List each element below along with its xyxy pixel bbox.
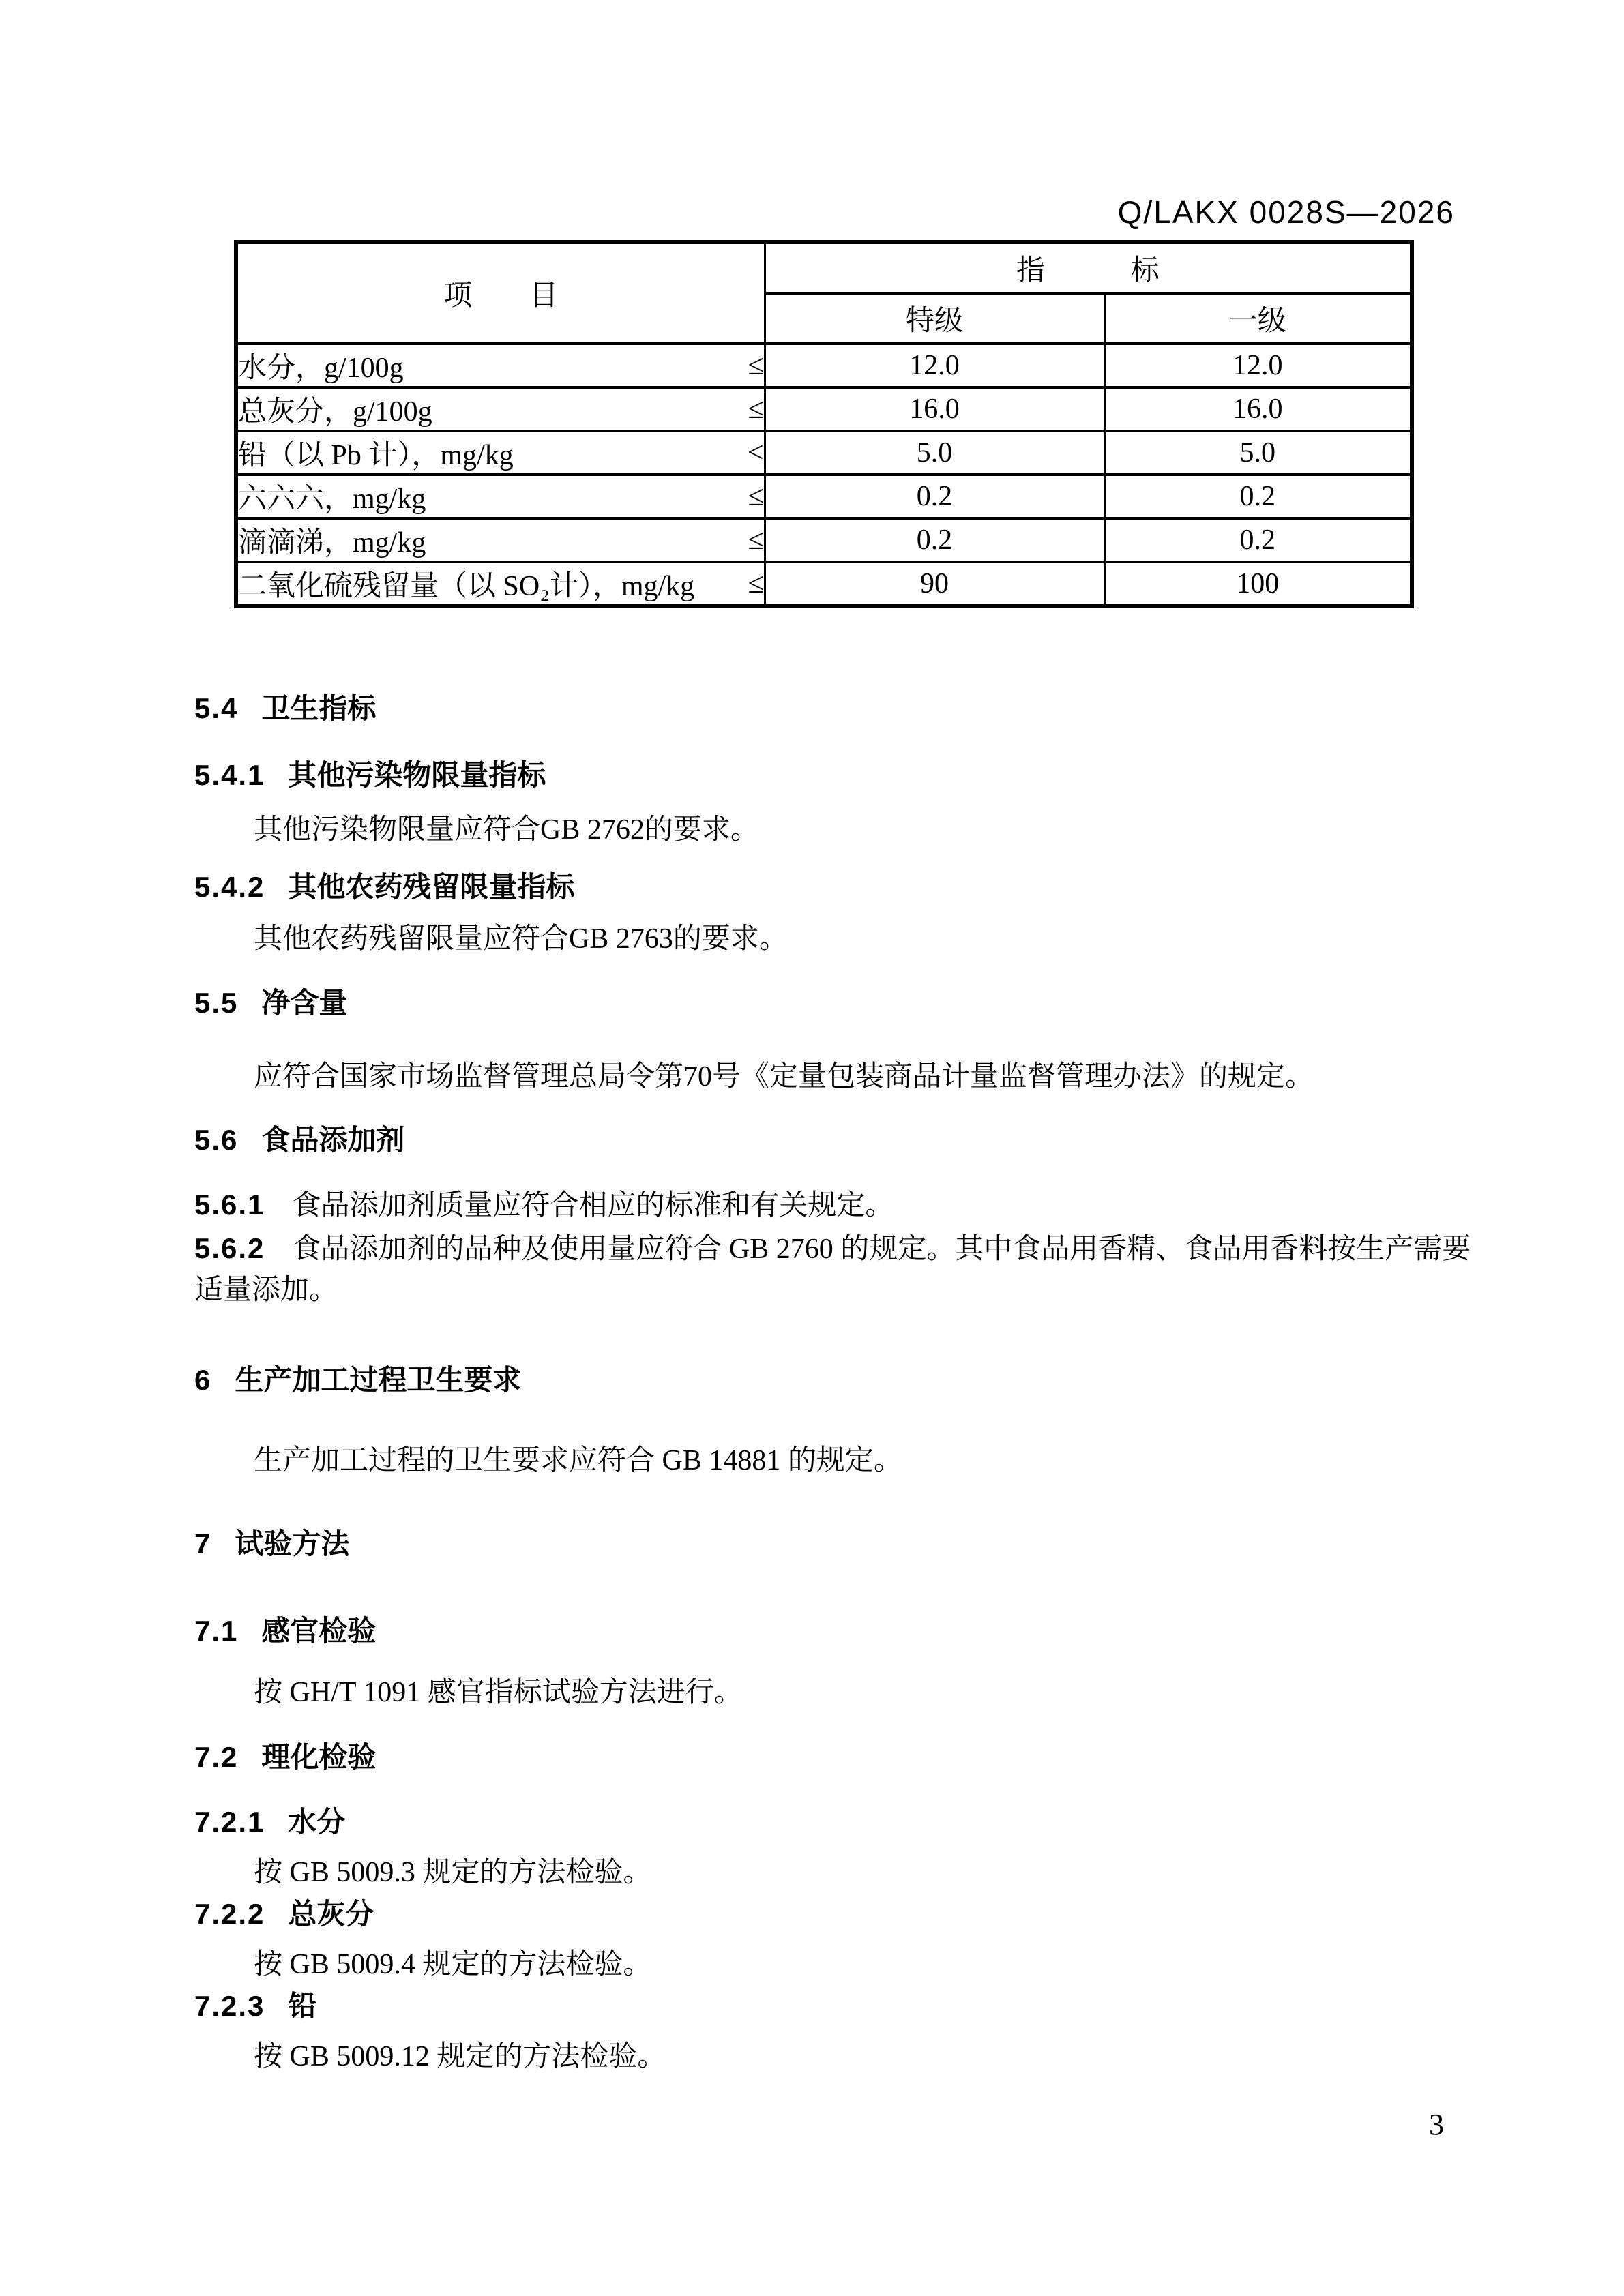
section-heading-5-4-2: 5.4.2其他农药残留限量指标 xyxy=(194,870,574,904)
row-item-label: 滴滴涕，mg/kg xyxy=(238,520,426,561)
paragraph-7-1: 按 GH/T 1091 感官指标试验方法进行。 xyxy=(254,1675,743,1710)
paragraph-5-6-1: 5.6.1食品添加剂质量应符合相应的标准和有关规定。 xyxy=(194,1188,894,1223)
row-value-first: 16.0 xyxy=(1104,387,1412,431)
section-heading-5-4-1: 5.4.1其他污染物限量指标 xyxy=(194,758,546,792)
paragraph-5-5: 应符合国家市场监督管理总局令第70号《定量包装商品计量监督管理办法》的规定。 xyxy=(254,1060,1314,1094)
section-heading-7: 7试验方法 xyxy=(194,1527,349,1561)
row-value-first: 0.2 xyxy=(1104,475,1412,518)
row-value-special: 0.2 xyxy=(765,475,1104,518)
row-value-first: 5.0 xyxy=(1104,431,1412,475)
row-item-label: 六六六，mg/kg xyxy=(238,476,426,517)
row-item-label: 水分，g/100g xyxy=(238,345,404,386)
indicator-table: 项 目 指 标 特级 一级 水分，g/100g≤ 12.0 12.0 总灰分，g… xyxy=(234,240,1414,608)
paragraph-7-2-3: 按 GB 5009.12 规定的方法检验。 xyxy=(254,2040,666,2074)
row-value-first: 0.2 xyxy=(1104,518,1412,562)
row-value-special: 16.0 xyxy=(765,387,1104,431)
table-header-item: 项 目 xyxy=(236,242,765,344)
table-header-grade-special: 特级 xyxy=(765,293,1104,344)
section-heading-5-4: 5.4卫生指标 xyxy=(194,691,376,726)
row-value-special: 0.2 xyxy=(765,518,1104,562)
section-heading-7-2-3: 7.2.3铅 xyxy=(194,1989,316,2023)
row-operator: ≤ xyxy=(748,567,763,600)
table-header-grade-first: 一级 xyxy=(1104,293,1412,344)
row-operator: ≤ xyxy=(748,480,763,513)
table-header-indicator: 指 标 xyxy=(765,242,1412,293)
table-row: 总灰分，g/100g≤ 16.0 16.0 xyxy=(236,387,1412,431)
row-item-label: 总灰分，g/100g xyxy=(238,389,432,430)
table-header-row-1: 项 目 指 标 xyxy=(236,242,1412,293)
section-heading-5-6: 5.6食品添加剂 xyxy=(194,1123,404,1157)
section-heading-7-2: 7.2理化检验 xyxy=(194,1740,376,1774)
row-operator: ≤ xyxy=(748,393,763,426)
paragraph-5-6-2: 5.6.2食品添加剂的品种及使用量应符合 GB 2760 的规定。其中食品用香精… xyxy=(194,1232,1471,1266)
row-operator: < xyxy=(748,436,764,469)
section-heading-7-1: 7.1感官检验 xyxy=(194,1614,376,1648)
paragraph-6: 生产加工过程的卫生要求应符合 GB 14881 的规定。 xyxy=(254,1444,902,1478)
row-value-first: 100 xyxy=(1104,562,1412,606)
row-item-label: 二氧化硫残留量（以 SO₂计），mg/kg xyxy=(238,563,694,604)
section-heading-6: 6生产加工过程卫生要求 xyxy=(194,1363,521,1397)
table-row: 二氧化硫残留量（以 SO₂计），mg/kg≤ 90 100 xyxy=(236,562,1412,606)
row-operator: ≤ xyxy=(748,349,763,382)
table-row: 水分，g/100g≤ 12.0 12.0 xyxy=(236,344,1412,387)
row-value-special: 12.0 xyxy=(765,344,1104,387)
table-row: 铅（以 Pb 计），mg/kg< 5.0 5.0 xyxy=(236,431,1412,475)
table-row: 滴滴涕，mg/kg≤ 0.2 0.2 xyxy=(236,518,1412,562)
paragraph-5-4-2: 其他农药残留限量应符合GB 2763的要求。 xyxy=(254,922,788,956)
row-operator: ≤ xyxy=(748,524,763,556)
paragraph-7-2-2: 按 GB 5009.4 规定的方法检验。 xyxy=(254,1948,651,1982)
row-item-label: 铅（以 Pb 计），mg/kg xyxy=(238,432,514,473)
row-value-special: 5.0 xyxy=(765,431,1104,475)
section-heading-7-2-2: 7.2.2总灰分 xyxy=(194,1897,374,1931)
table-row: 六六六，mg/kg≤ 0.2 0.2 xyxy=(236,475,1412,518)
paragraph-5-4-1: 其他污染物限量应符合GB 2762的要求。 xyxy=(254,813,759,847)
page-number: 3 xyxy=(1429,2110,1444,2140)
row-value-first: 12.0 xyxy=(1104,344,1412,387)
document-page: Q/LAKX 0028S—2026 项 目 指 标 特级 一级 水分，g/100… xyxy=(0,0,1624,2296)
section-heading-5-5: 5.5净含量 xyxy=(194,986,347,1020)
row-value-special: 90 xyxy=(765,562,1104,606)
section-heading-7-2-1: 7.2.1水分 xyxy=(194,1805,345,1839)
paragraph-7-2-1: 按 GB 5009.3 规定的方法检验。 xyxy=(254,1855,651,1890)
paragraph-5-6-2-cont: 适量添加。 xyxy=(194,1273,338,1307)
standard-code-header: Q/LAKX 0028S—2026 xyxy=(1118,196,1455,228)
